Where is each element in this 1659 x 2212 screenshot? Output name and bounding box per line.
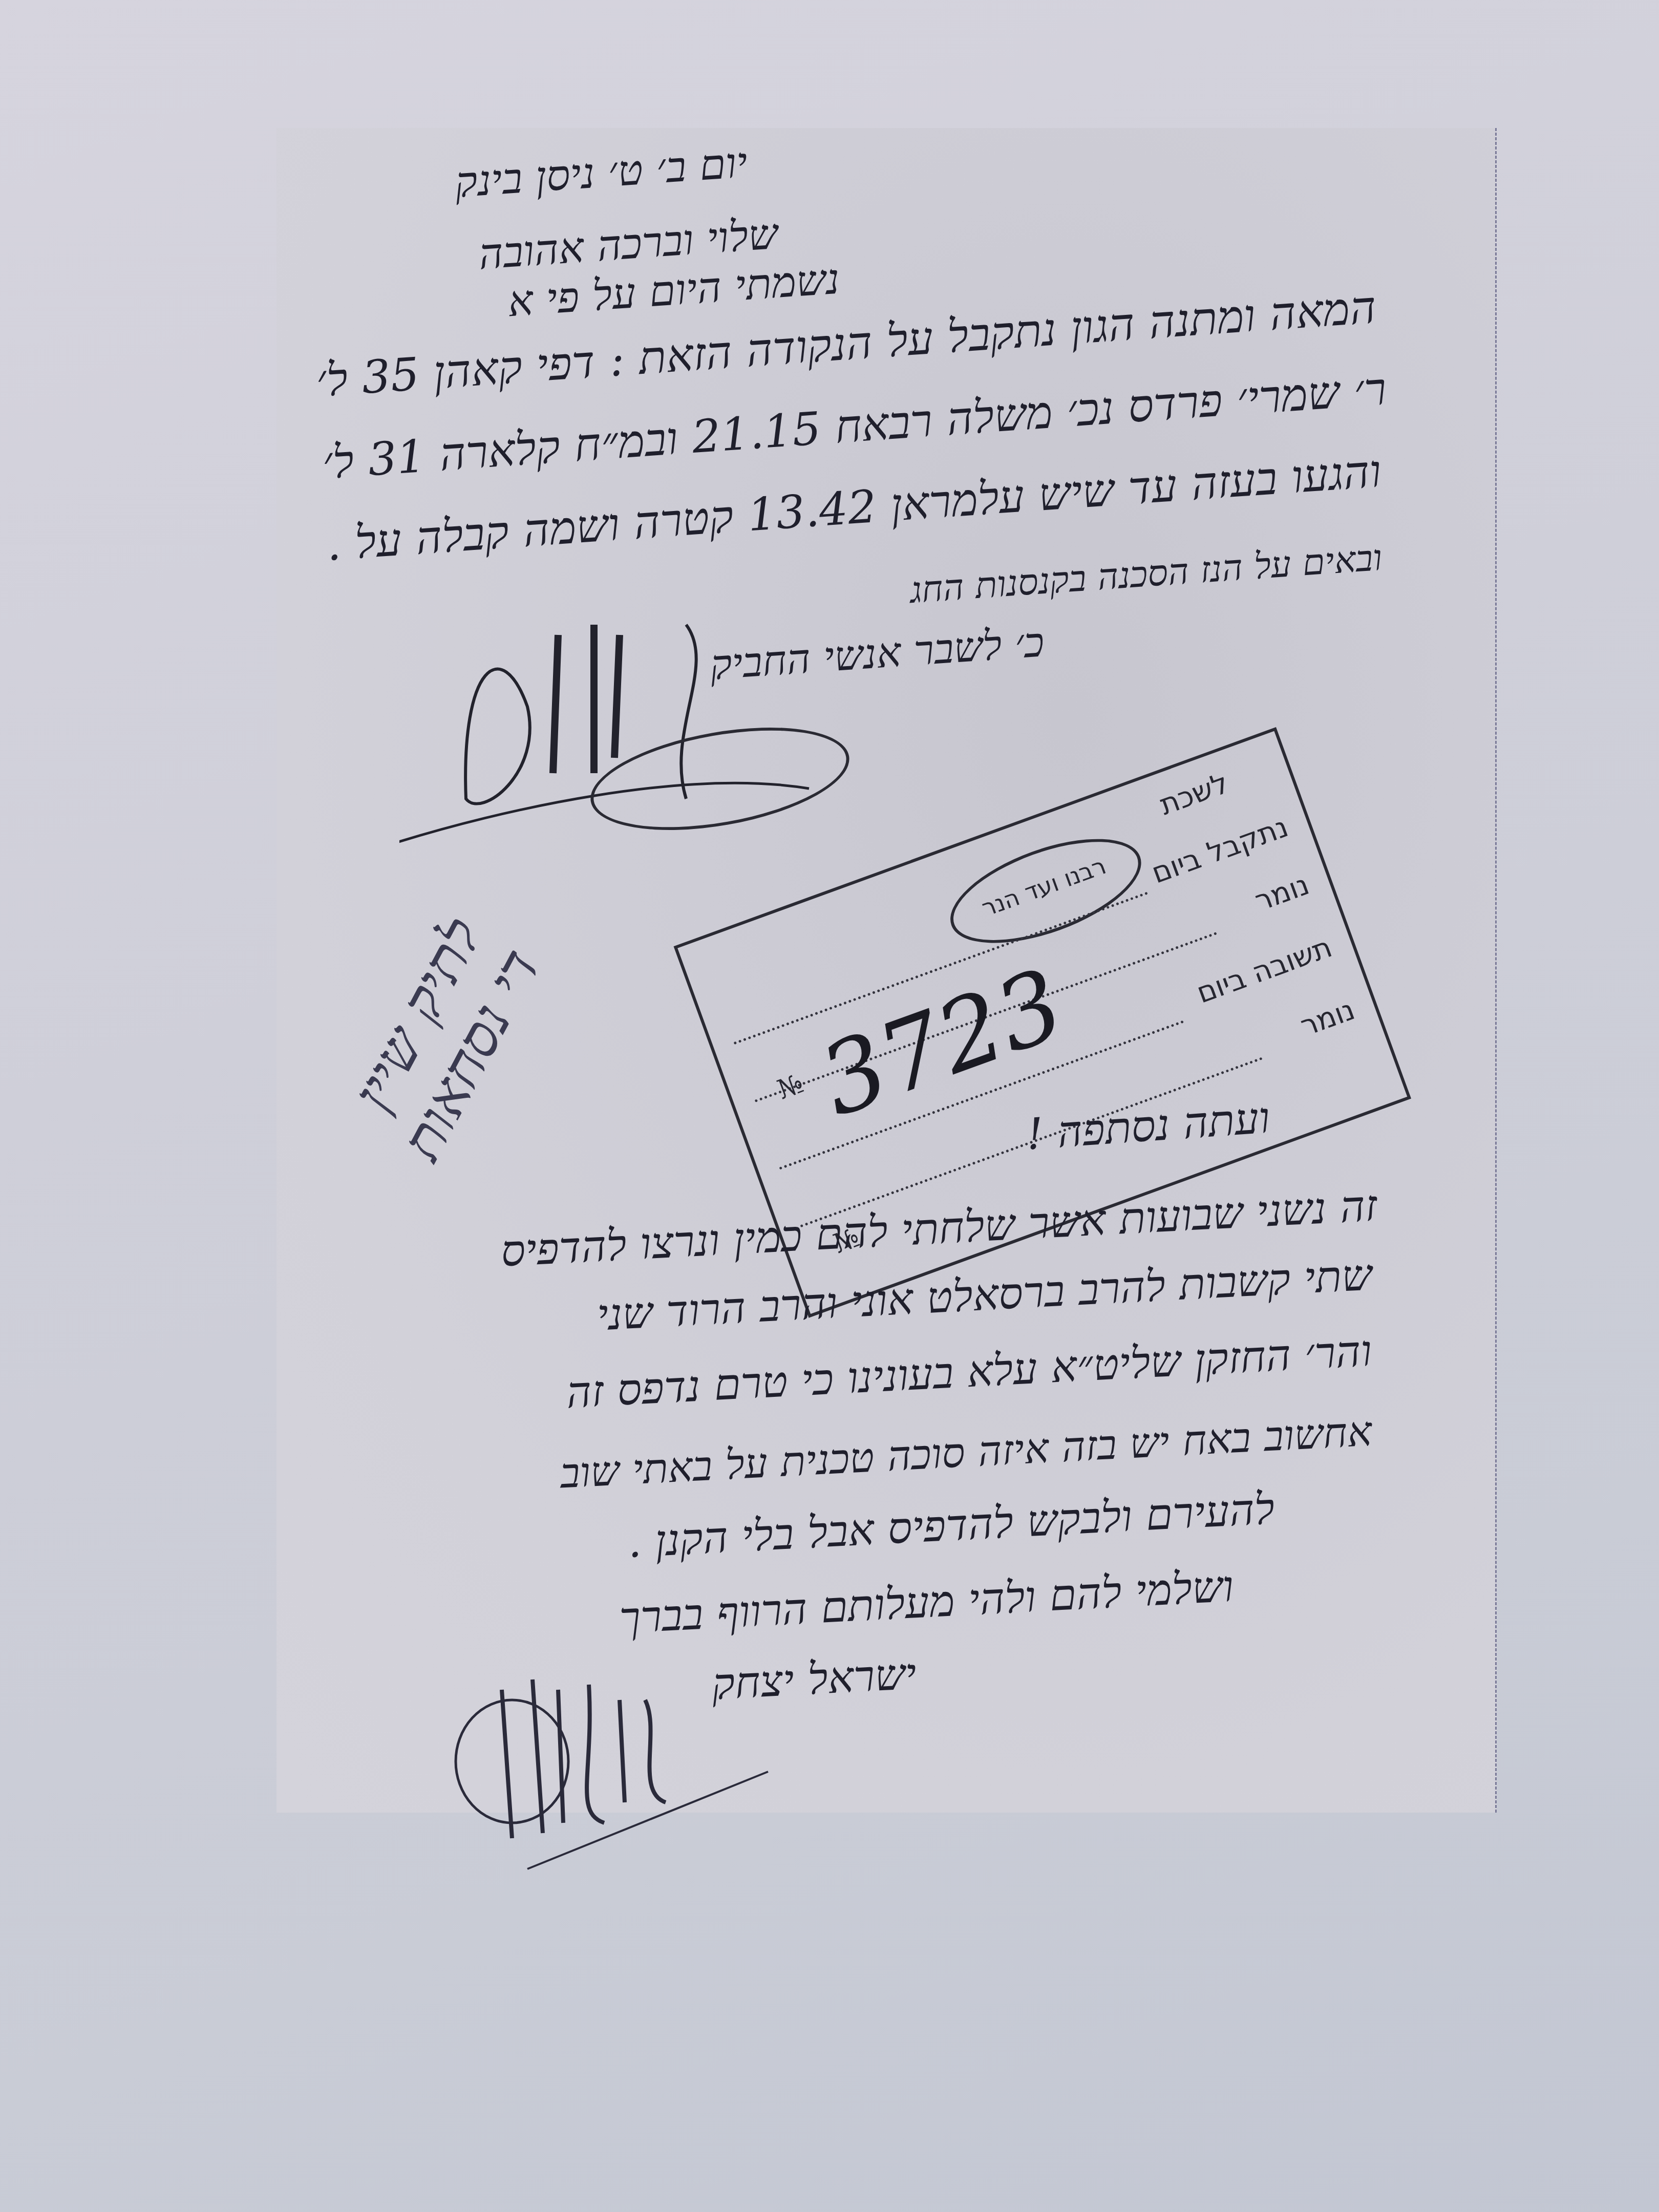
stamp-received-label: נתקבל ביום (1147, 810, 1293, 890)
stamp-number-label-1: נומר (1250, 868, 1313, 918)
signature-scribble-2 (440, 1669, 860, 1886)
stamp-office-label: לשכת (1155, 767, 1233, 822)
stamp-number-label-2: נומר (1296, 993, 1359, 1043)
stamp-reply-label: תשובה ביום (1192, 930, 1336, 1010)
stamp-no-symbol-1: № (773, 1068, 807, 1105)
